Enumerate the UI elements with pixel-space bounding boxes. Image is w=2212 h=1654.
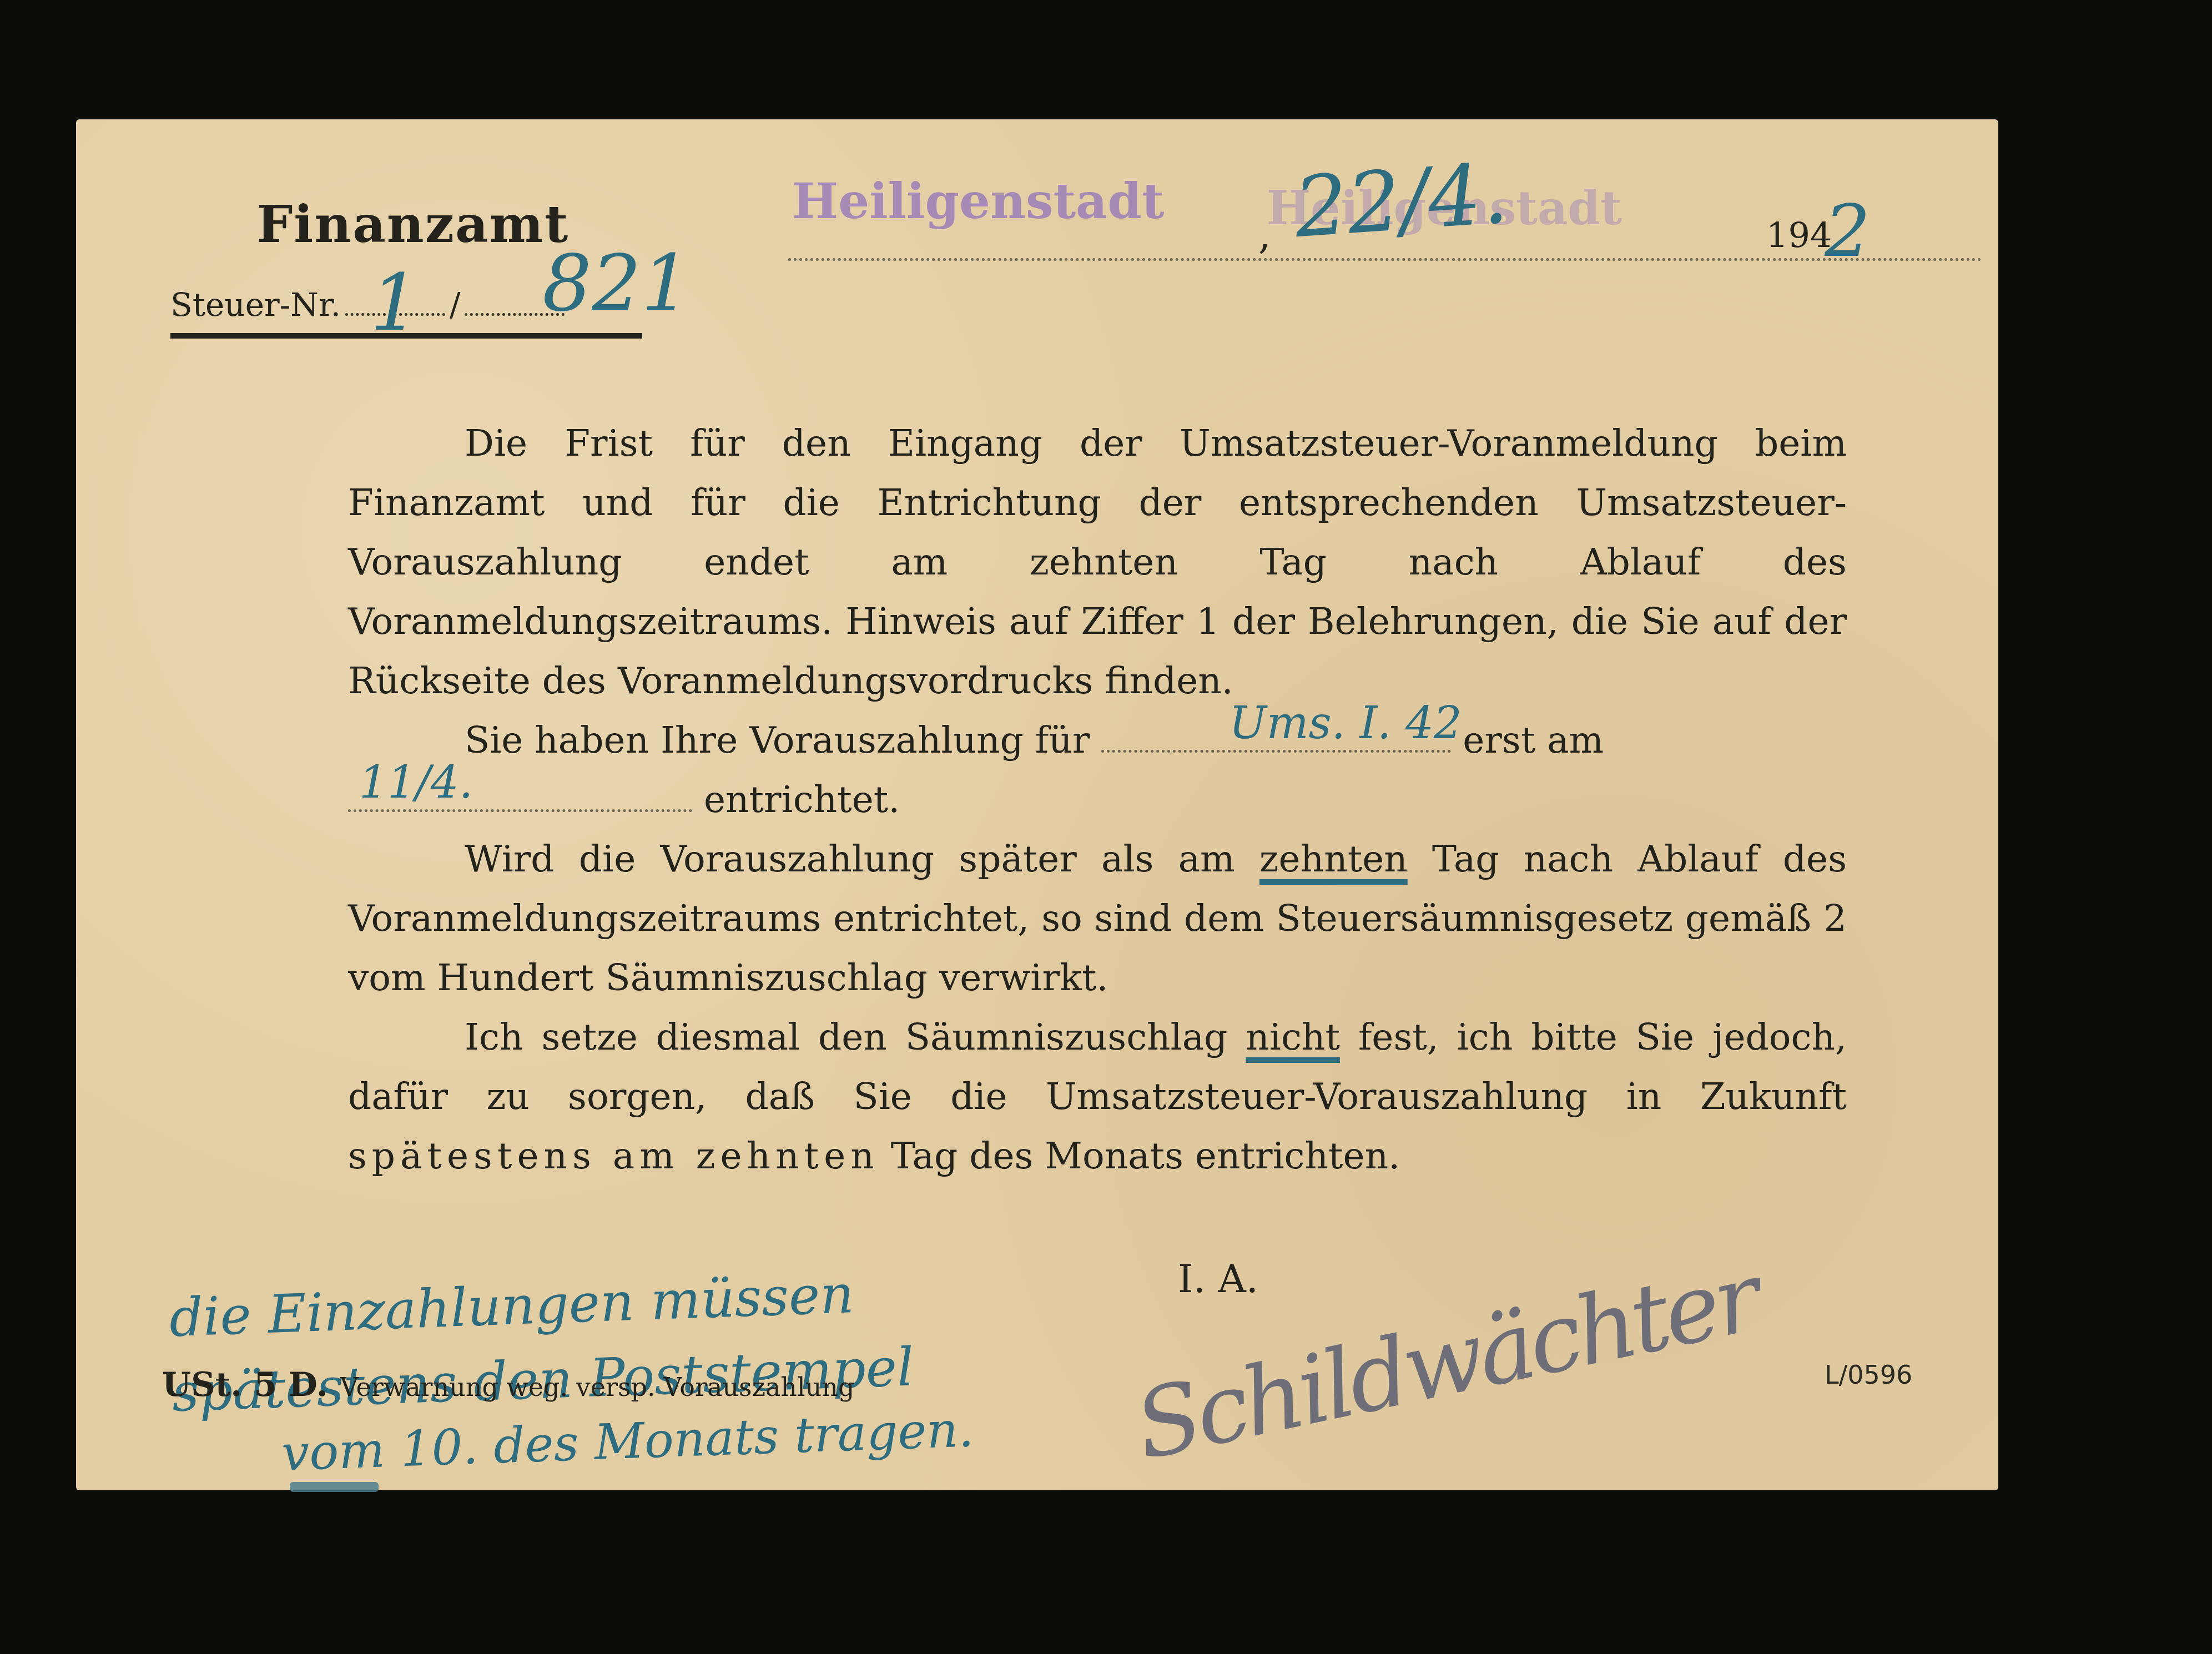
late-payment-end-text: entrichtet. [704, 778, 900, 821]
late-payment-text: Sie haben Ihre Vorauszahlung für [465, 719, 1090, 762]
paragraph-deadline: Die Frist für den Eingang der Umsatzsteu… [348, 413, 1847, 710]
waiver-underlined-word: nicht [1246, 1016, 1340, 1058]
waiver-text-start: Ich setze diesmal den Säumniszuschlag [465, 1016, 1227, 1058]
paragraph-waiver: Ich setze diesmal den Säumniszuschlag ni… [348, 1007, 1847, 1186]
tax-office-warning-card: Finanzamt Heiligenstadt Heiligenstadt , … [76, 119, 1998, 1490]
place-stamp: Heiligenstadt [792, 172, 1164, 230]
year-handwritten: 2 [1825, 189, 1871, 273]
form-code-row: USt. 5 D. Verwarnung weg. versp. Vorausz… [162, 1365, 854, 1404]
place-date-line [788, 255, 1982, 261]
date-comma: , [1258, 213, 1271, 258]
payment-date-field: 11/4. [348, 798, 692, 812]
tax-number-underline [170, 333, 642, 339]
late-payment-mid-text: erst am [1463, 719, 1604, 762]
tax-number-separator: / [450, 286, 461, 324]
date-handwritten: 22/4. [1291, 145, 1511, 256]
year-prefix: 194 [1766, 215, 1832, 255]
tax-number-label: Steuer-Nr. [170, 286, 341, 324]
office-title: Finanzamt [256, 194, 569, 254]
penalty-underlined-word: zehnten [1259, 838, 1408, 880]
waiver-spaced-text: spätestens am zehnten [348, 1134, 879, 1177]
penalty-text-start: Wird die Vorauszahlung später als am [465, 838, 1235, 880]
notice-body: Die Frist für den Eingang der Umsatzsteu… [348, 413, 1847, 1186]
payment-date-handwritten: 11/4. [359, 753, 473, 812]
form-reference: L/0596 [1825, 1360, 1912, 1390]
tax-number-part2: 821 [542, 239, 691, 329]
paragraph-penalty: Wird die Vorauszahlung später als am zeh… [348, 829, 1847, 1007]
paragraph-late-payment: Sie haben Ihre Vorauszahlung für Ums. I.… [348, 710, 1847, 829]
period-handwritten: Ums. I. 42 [1112, 693, 1462, 753]
waiver-text-end: Tag des Monats entrichten. [891, 1134, 1400, 1177]
form-code: USt. 5 D. [162, 1365, 328, 1404]
period-field: Ums. I. 42 [1101, 739, 1451, 753]
remark-underline-stroke [290, 1482, 379, 1492]
form-description: Verwarnung weg. versp. Vorauszahlung [340, 1372, 855, 1402]
